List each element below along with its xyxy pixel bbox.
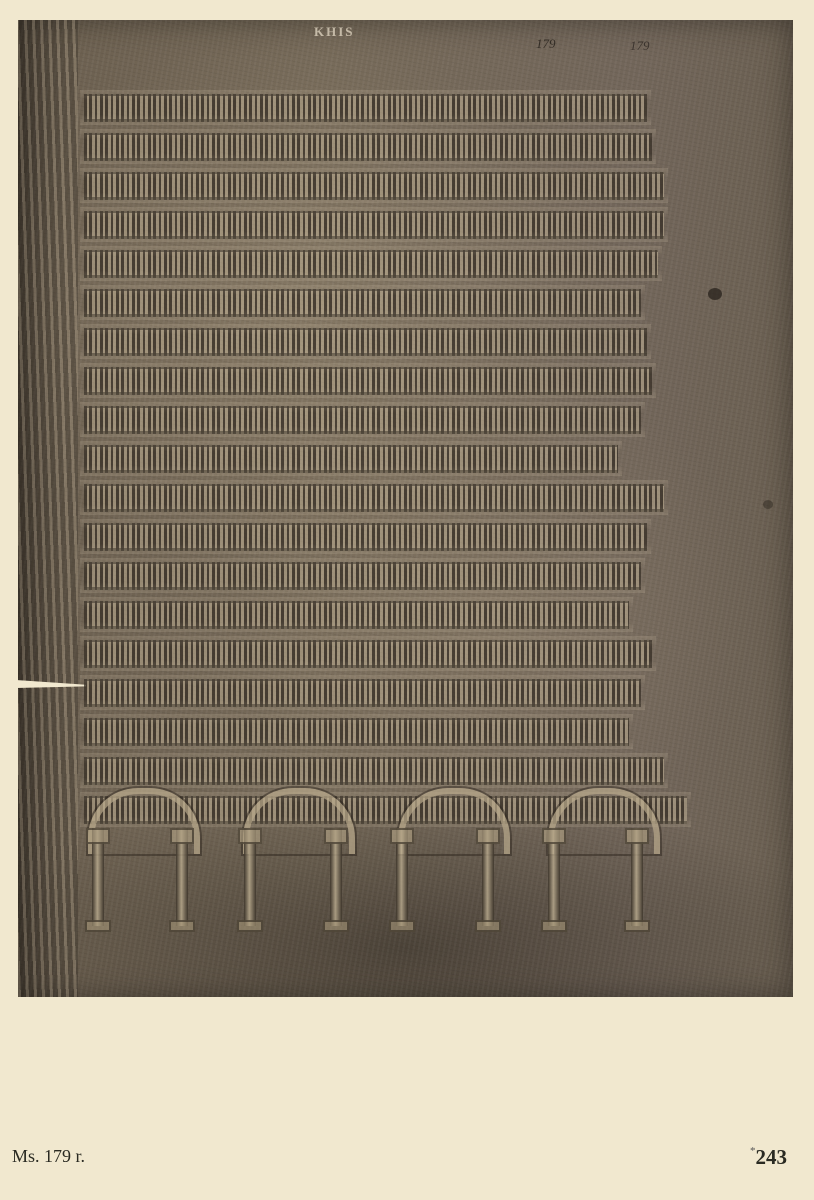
script-line: [84, 406, 641, 434]
script-line: [84, 289, 641, 317]
column: [482, 828, 494, 926]
top-inscription: KHIS: [314, 24, 355, 40]
plate-caption: Ms. 179 r.: [12, 1146, 85, 1167]
script-line: [84, 94, 647, 122]
script-line: [84, 211, 664, 239]
folio-number-pencil-2: 179: [630, 38, 650, 54]
column: [92, 828, 104, 926]
script-line: [84, 133, 652, 161]
decorated-arcade: [78, 788, 658, 958]
script-line: [84, 367, 652, 395]
folio-number-pencil: 179: [536, 36, 556, 52]
script-line: [84, 172, 664, 200]
column: [176, 828, 188, 926]
script-line: [84, 757, 664, 785]
script-line: [84, 328, 647, 356]
script-line: [84, 601, 629, 629]
column: [631, 828, 643, 926]
column: [330, 828, 342, 926]
column: [396, 828, 408, 926]
manuscript-plate: KHIS 179 179: [18, 20, 793, 997]
script-line: [84, 640, 652, 668]
script-line: [84, 445, 618, 473]
page-number: *243: [750, 1145, 787, 1170]
column: [548, 828, 560, 926]
script-line: [84, 718, 629, 746]
script-line: [84, 484, 664, 512]
page-number-value: 243: [756, 1145, 788, 1169]
script-line: [84, 562, 641, 590]
arch: [548, 788, 660, 854]
column: [244, 828, 256, 926]
manuscript-text-block: [84, 94, 664, 835]
script-line: [84, 523, 647, 551]
script-line: [84, 250, 658, 278]
script-line: [84, 679, 641, 707]
ink-blot: [708, 288, 722, 300]
torn-left-edge: [18, 20, 78, 997]
folio-marks: KHIS 179 179: [18, 22, 793, 44]
ink-blot: [763, 500, 773, 509]
